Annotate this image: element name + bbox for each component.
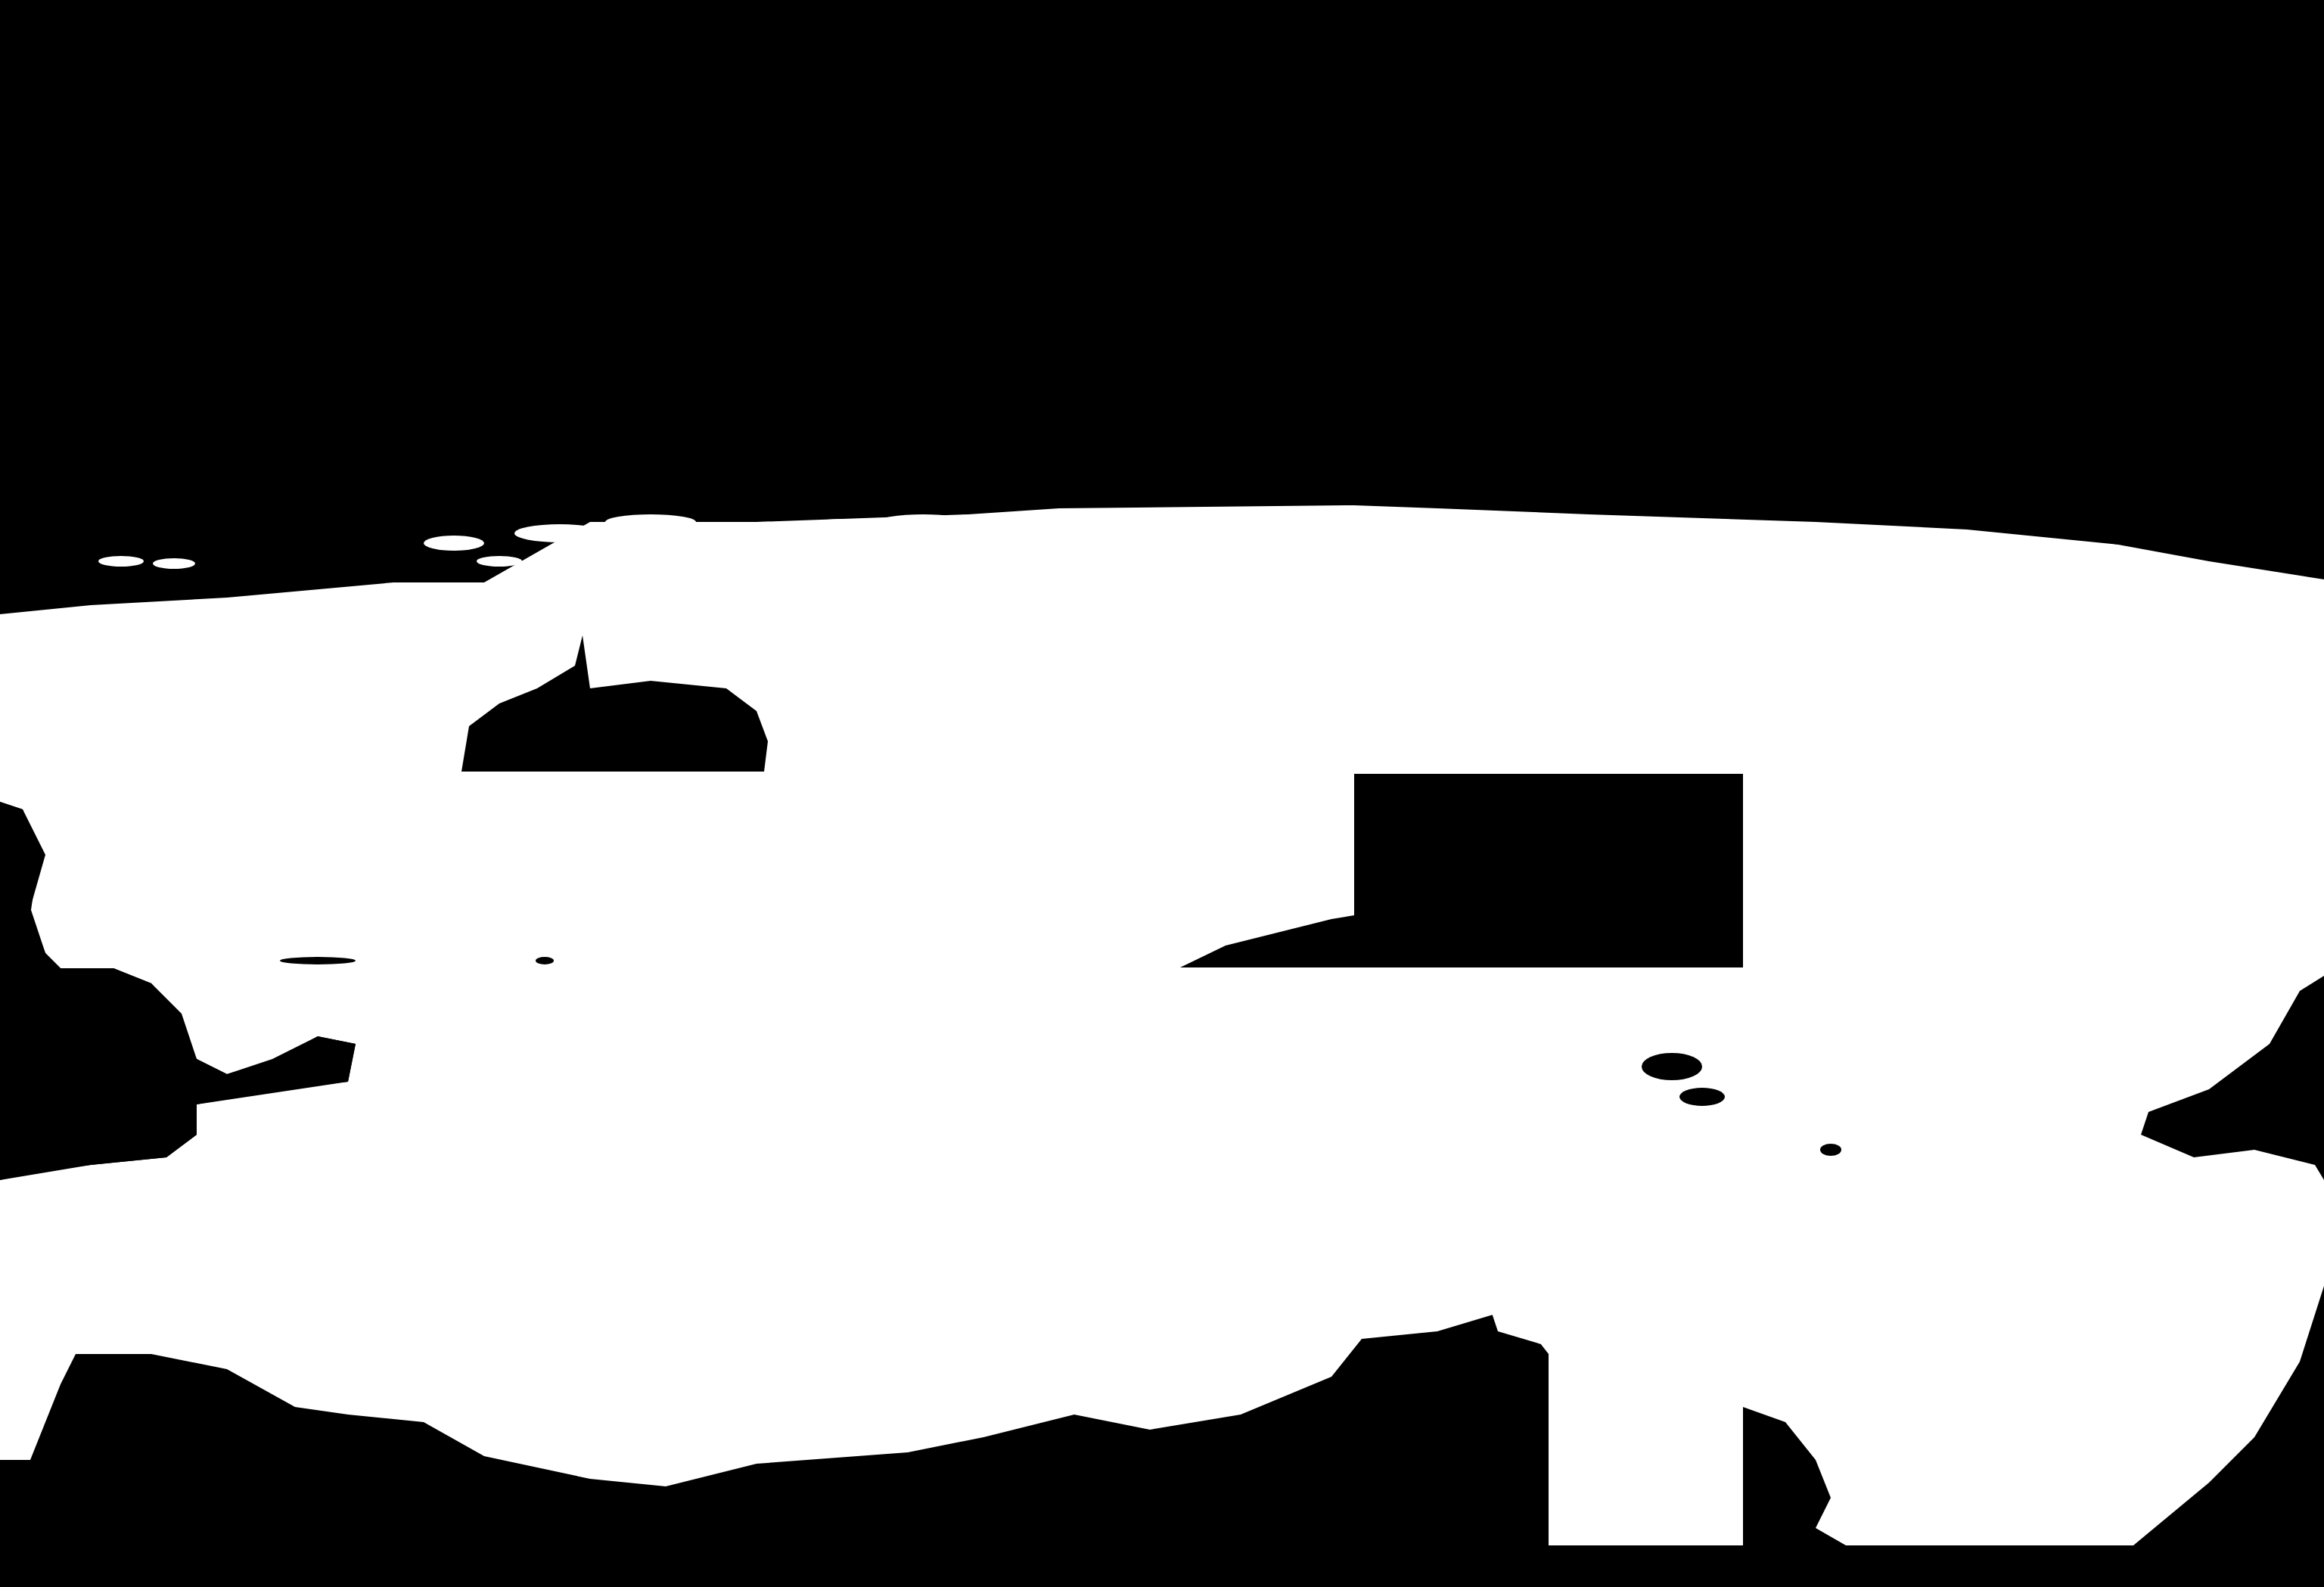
black-block-center-right bbox=[1354, 774, 1743, 967]
white-region-main bbox=[0, 505, 2324, 1545]
black-band-bottom bbox=[0, 1545, 2324, 1587]
segmentation-mask bbox=[0, 0, 2324, 1587]
